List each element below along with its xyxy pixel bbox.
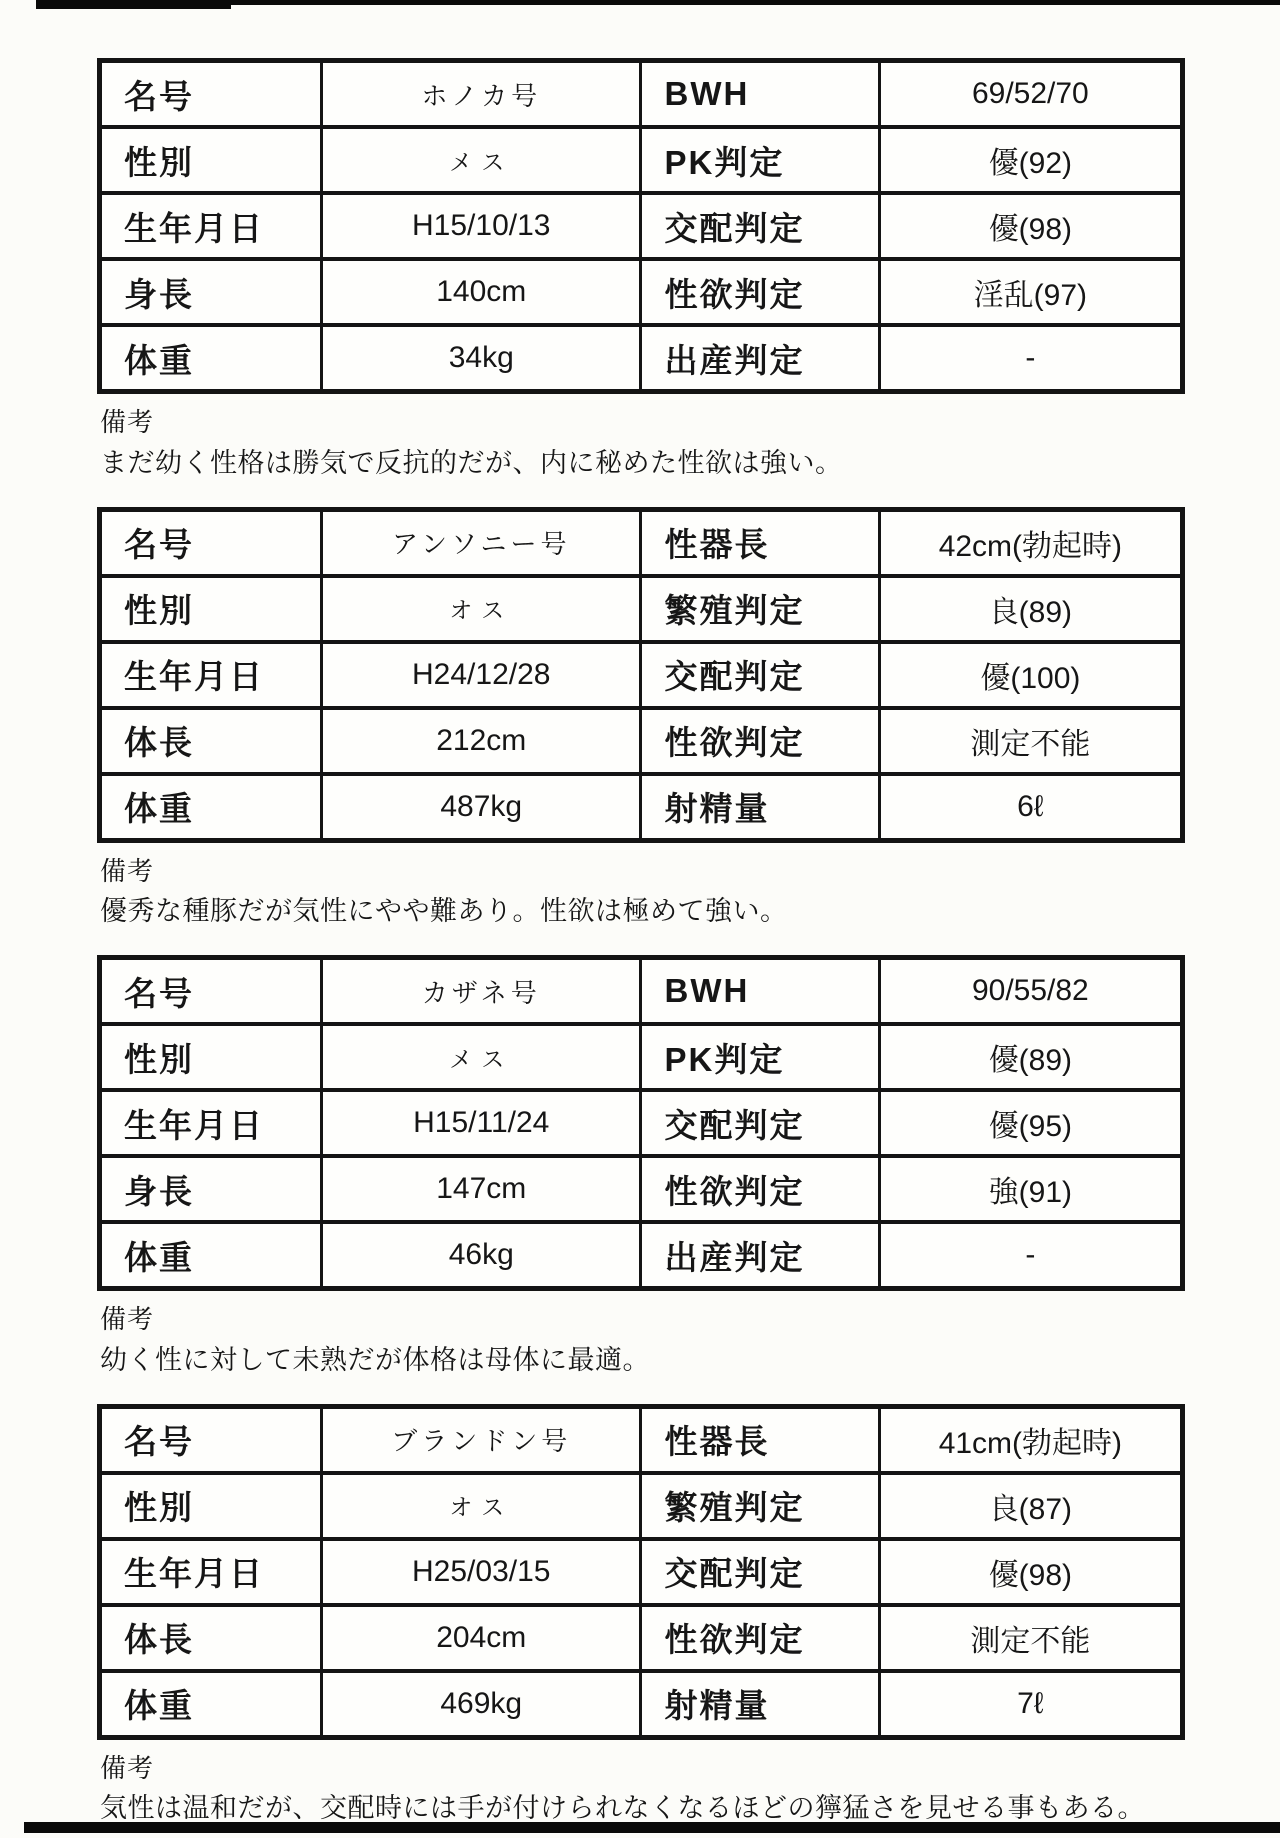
field-label: 性器長: [641, 1406, 879, 1473]
field-value: アンソニー号: [322, 509, 641, 576]
remarks-section: 備考 幼く性に対して未熟だが体格は母体に最適。: [100, 1303, 1188, 1378]
field-label: 体重: [100, 774, 322, 841]
field-value: -: [879, 1222, 1182, 1289]
field-value: ブランドン号: [322, 1406, 641, 1473]
field-value: 測定不能: [879, 708, 1182, 774]
table-row: 名号 アンソニー号 性器長 42cm(勃起時): [100, 509, 1183, 576]
field-value: 41cm(勃起時): [879, 1406, 1182, 1473]
table-row: 体重 487kg 射精量 6ℓ: [100, 774, 1183, 841]
field-label: 出産判定: [641, 1222, 879, 1289]
field-value: -: [879, 325, 1182, 392]
spec-table-2: 名号 アンソニー号 性器長 42cm(勃起時) 性別 オス 繁殖判定 良(89)…: [97, 507, 1185, 843]
field-label: 交配判定: [641, 193, 879, 259]
field-value: 優(92): [879, 127, 1182, 193]
field-label: 交配判定: [641, 1090, 879, 1156]
field-value: 147cm: [322, 1156, 641, 1222]
field-label: 射精量: [641, 1671, 879, 1738]
field-value: 淫乱(97): [879, 259, 1182, 325]
field-label: 性別: [100, 1024, 322, 1090]
table-row: 体重 34kg 出産判定 -: [100, 325, 1183, 392]
scan-edge-top-left: [36, 0, 231, 9]
field-value: 強(91): [879, 1156, 1182, 1222]
field-value: メス: [322, 127, 641, 193]
field-value: 46kg: [322, 1222, 641, 1289]
field-value: H15/10/13: [322, 193, 641, 259]
table-row: 名号 ホノカ号 BWH 69/52/70: [100, 61, 1183, 128]
field-value: 487kg: [322, 774, 641, 841]
field-value: H15/11/24: [322, 1090, 641, 1156]
table-row: 身長 140cm 性欲判定 淫乱(97): [100, 259, 1183, 325]
table-row: 体重 469kg 射精量 7ℓ: [100, 1671, 1183, 1738]
field-value: H24/12/28: [322, 642, 641, 708]
field-value: 140cm: [322, 259, 641, 325]
field-label: 体長: [100, 1605, 322, 1671]
field-value: 7ℓ: [879, 1671, 1182, 1738]
field-label: 体重: [100, 325, 322, 392]
field-value: メス: [322, 1024, 641, 1090]
field-label: 体長: [100, 708, 322, 774]
field-label: 名号: [100, 61, 322, 128]
field-label: 繁殖判定: [641, 1473, 879, 1539]
document-page: { "remarks_label": "備考", "tables": [ { "…: [0, 0, 1280, 1838]
table-row: 体長 212cm 性欲判定 測定不能: [100, 708, 1183, 774]
table-row: 名号 ブランドン号 性器長 41cm(勃起時): [100, 1406, 1183, 1473]
remarks-section: 備考 気性は温和だが、交配時には手が付けられなくなるほどの獰猛さを見せる事もある…: [100, 1752, 1188, 1827]
spec-table-1: 名号 ホノカ号 BWH 69/52/70 性別 メス PK判定 優(92) 生年…: [97, 58, 1185, 394]
table-row: 生年月日 H15/10/13 交配判定 優(98): [100, 193, 1183, 259]
field-value: カザネ号: [322, 958, 641, 1025]
remarks-label: 備考: [100, 406, 1188, 439]
field-value: 34kg: [322, 325, 641, 392]
table-row: 生年月日 H25/03/15 交配判定 優(98): [100, 1539, 1183, 1605]
field-label: 性別: [100, 576, 322, 642]
remarks-note: まだ幼く性格は勝気で反抗的だが、内に秘めた性欲は強い。: [100, 446, 1188, 481]
field-label: 性欲判定: [641, 708, 879, 774]
table-row: 性別 メス PK判定 優(92): [100, 127, 1183, 193]
field-label: 生年月日: [100, 1090, 322, 1156]
field-value: 469kg: [322, 1671, 641, 1738]
field-value: 測定不能: [879, 1605, 1182, 1671]
field-label: 生年月日: [100, 193, 322, 259]
field-label: 繁殖判定: [641, 576, 879, 642]
field-label: 性別: [100, 1473, 322, 1539]
field-value: ホノカ号: [322, 61, 641, 128]
field-label: 名号: [100, 509, 322, 576]
field-value: 優(95): [879, 1090, 1182, 1156]
field-label: 身長: [100, 259, 322, 325]
table-row: 身長 147cm 性欲判定 強(91): [100, 1156, 1183, 1222]
field-value: 212cm: [322, 708, 641, 774]
field-label: 性欲判定: [641, 1156, 879, 1222]
field-label: 性欲判定: [641, 1605, 879, 1671]
field-value: オス: [322, 576, 641, 642]
table-row: 性別 メス PK判定 優(89): [100, 1024, 1183, 1090]
field-value: 優(89): [879, 1024, 1182, 1090]
field-label: 名号: [100, 958, 322, 1025]
field-label: 交配判定: [641, 1539, 879, 1605]
spec-table-4: 名号 ブランドン号 性器長 41cm(勃起時) 性別 オス 繁殖判定 良(87)…: [97, 1404, 1185, 1740]
field-value: 90/55/82: [879, 958, 1182, 1025]
remarks-label: 備考: [100, 855, 1188, 888]
table-row: 生年月日 H24/12/28 交配判定 優(100): [100, 642, 1183, 708]
table-row: 生年月日 H15/11/24 交配判定 優(95): [100, 1090, 1183, 1156]
remarks-label: 備考: [100, 1752, 1188, 1785]
field-value: オス: [322, 1473, 641, 1539]
field-label: 性器長: [641, 509, 879, 576]
field-label: 体重: [100, 1671, 322, 1738]
field-value: 69/52/70: [879, 61, 1182, 128]
field-value: 優(100): [879, 642, 1182, 708]
field-label: 射精量: [641, 774, 879, 841]
table-row: 体長 204cm 性欲判定 測定不能: [100, 1605, 1183, 1671]
field-value: 204cm: [322, 1605, 641, 1671]
spec-table-3: 名号 カザネ号 BWH 90/55/82 性別 メス PK判定 優(89) 生年…: [97, 955, 1185, 1291]
field-label: PK判定: [641, 127, 879, 193]
field-value: 優(98): [879, 193, 1182, 259]
remarks-label: 備考: [100, 1303, 1188, 1336]
remarks-section: 備考 優秀な種豚だが気性にやや難あり。性欲は極めて強い。: [100, 855, 1188, 930]
field-label: 交配判定: [641, 642, 879, 708]
field-label: 名号: [100, 1406, 322, 1473]
field-label: PK判定: [641, 1024, 879, 1090]
table-row: 性別 オス 繁殖判定 良(87): [100, 1473, 1183, 1539]
field-label: 身長: [100, 1156, 322, 1222]
field-label: 生年月日: [100, 642, 322, 708]
field-value: 良(89): [879, 576, 1182, 642]
field-value: 良(87): [879, 1473, 1182, 1539]
remarks-note: 優秀な種豚だが気性にやや難あり。性欲は極めて強い。: [100, 894, 1188, 929]
field-label: 生年月日: [100, 1539, 322, 1605]
field-label: BWH: [641, 958, 879, 1025]
scan-edge-bottom: [24, 1822, 1280, 1833]
page-content: 名号 ホノカ号 BWH 69/52/70 性別 メス PK判定 優(92) 生年…: [0, 0, 1280, 1826]
field-value: H25/03/15: [322, 1539, 641, 1605]
field-value: 6ℓ: [879, 774, 1182, 841]
table-row: 体重 46kg 出産判定 -: [100, 1222, 1183, 1289]
field-label: 性別: [100, 127, 322, 193]
field-label: 出産判定: [641, 325, 879, 392]
field-label: 性欲判定: [641, 259, 879, 325]
field-value: 42cm(勃起時): [879, 509, 1182, 576]
remarks-section: 備考 まだ幼く性格は勝気で反抗的だが、内に秘めた性欲は強い。: [100, 406, 1188, 481]
remarks-note: 幼く性に対して未熟だが体格は母体に最適。: [100, 1343, 1188, 1378]
field-label: BWH: [641, 61, 879, 128]
field-value: 優(98): [879, 1539, 1182, 1605]
table-row: 名号 カザネ号 BWH 90/55/82: [100, 958, 1183, 1025]
field-label: 体重: [100, 1222, 322, 1289]
table-row: 性別 オス 繁殖判定 良(89): [100, 576, 1183, 642]
